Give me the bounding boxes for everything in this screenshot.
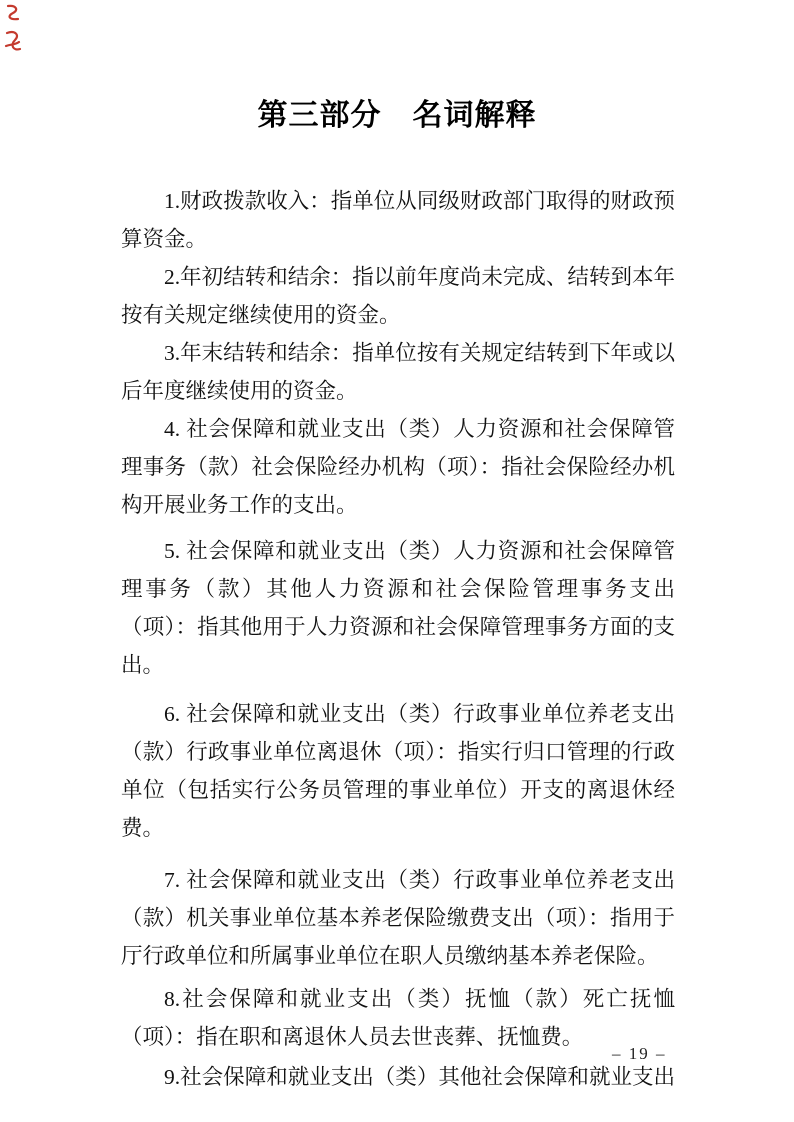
red-annotation-mark-bottom xyxy=(6,32,20,49)
glossary-paragraph-1: 1.财政拨款收入：指单位从同级财政部门取得的财政预算资金。 xyxy=(121,182,675,258)
glossary-paragraph-3: 3.年末结转和结余：指单位按有关规定结转到下年或以后年度继续使用的资金。 xyxy=(121,334,675,410)
glossary-paragraph-5: 5. 社会保障和就业支出（类）人力资源和社会保障管理事务（款）其他人力资源和社会… xyxy=(121,532,675,684)
glossary-paragraph-9: 9.社会保障和就业支出（类）其他社会保障和就业支出 xyxy=(121,1058,675,1096)
section-title: 第三部分 名词解释 xyxy=(0,94,794,138)
red-annotation-marks xyxy=(3,2,25,56)
page-number: – 19 – xyxy=(612,1044,667,1064)
glossary-paragraph-2: 2.年初结转和结余：指以前年度尚未完成、结转到本年按有关规定继续使用的资金。 xyxy=(121,258,675,334)
glossary-paragraph-6: 6. 社会保障和就业支出（类）行政事业单位养老支出（款）行政事业单位离退休（项）… xyxy=(121,695,675,847)
glossary-paragraph-4: 4. 社会保障和就业支出（类）人力资源和社会保障管理事务（款）社会保险经办机构（… xyxy=(121,410,675,524)
glossary-paragraph-7: 7. 社会保障和就业支出（类）行政事业单位养老支出（款）机关事业单位基本养老保险… xyxy=(121,861,675,975)
document-page: 第三部分 名词解释 1.财政拨款收入：指单位从同级财政部门取得的财政预算资金。 … xyxy=(0,0,794,1122)
glossary-body: 1.财政拨款收入：指单位从同级财政部门取得的财政预算资金。 2.年初结转和结余：… xyxy=(121,182,675,1096)
glossary-paragraph-8: 8.社会保障和就业支出（类）抚恤（款）死亡抚恤（项）：指在职和离退休人员去世丧葬… xyxy=(121,980,675,1056)
red-annotation-mark-top xyxy=(8,6,18,19)
